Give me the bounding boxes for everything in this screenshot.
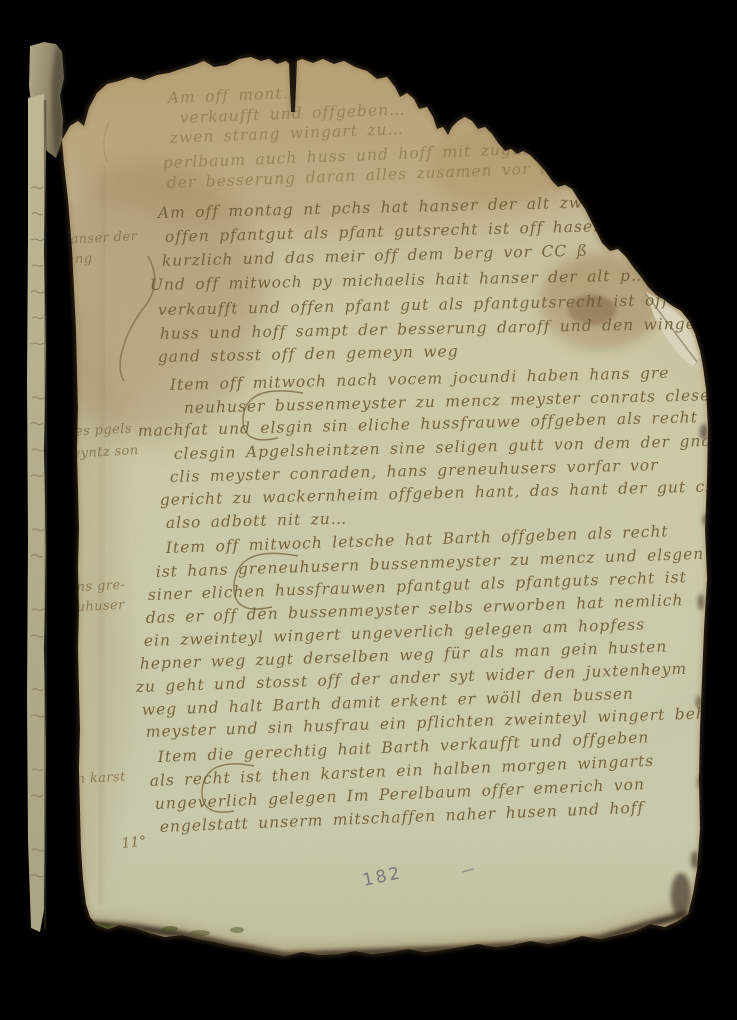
gutter-crease <box>45 100 46 930</box>
previous-page-edge <box>27 94 46 932</box>
manuscript-photo: Am off mont… verkaufft und offgeben… zwe… <box>0 0 737 1020</box>
margin-note: jung <box>58 251 92 268</box>
quire-mark: 11° <box>121 833 147 852</box>
